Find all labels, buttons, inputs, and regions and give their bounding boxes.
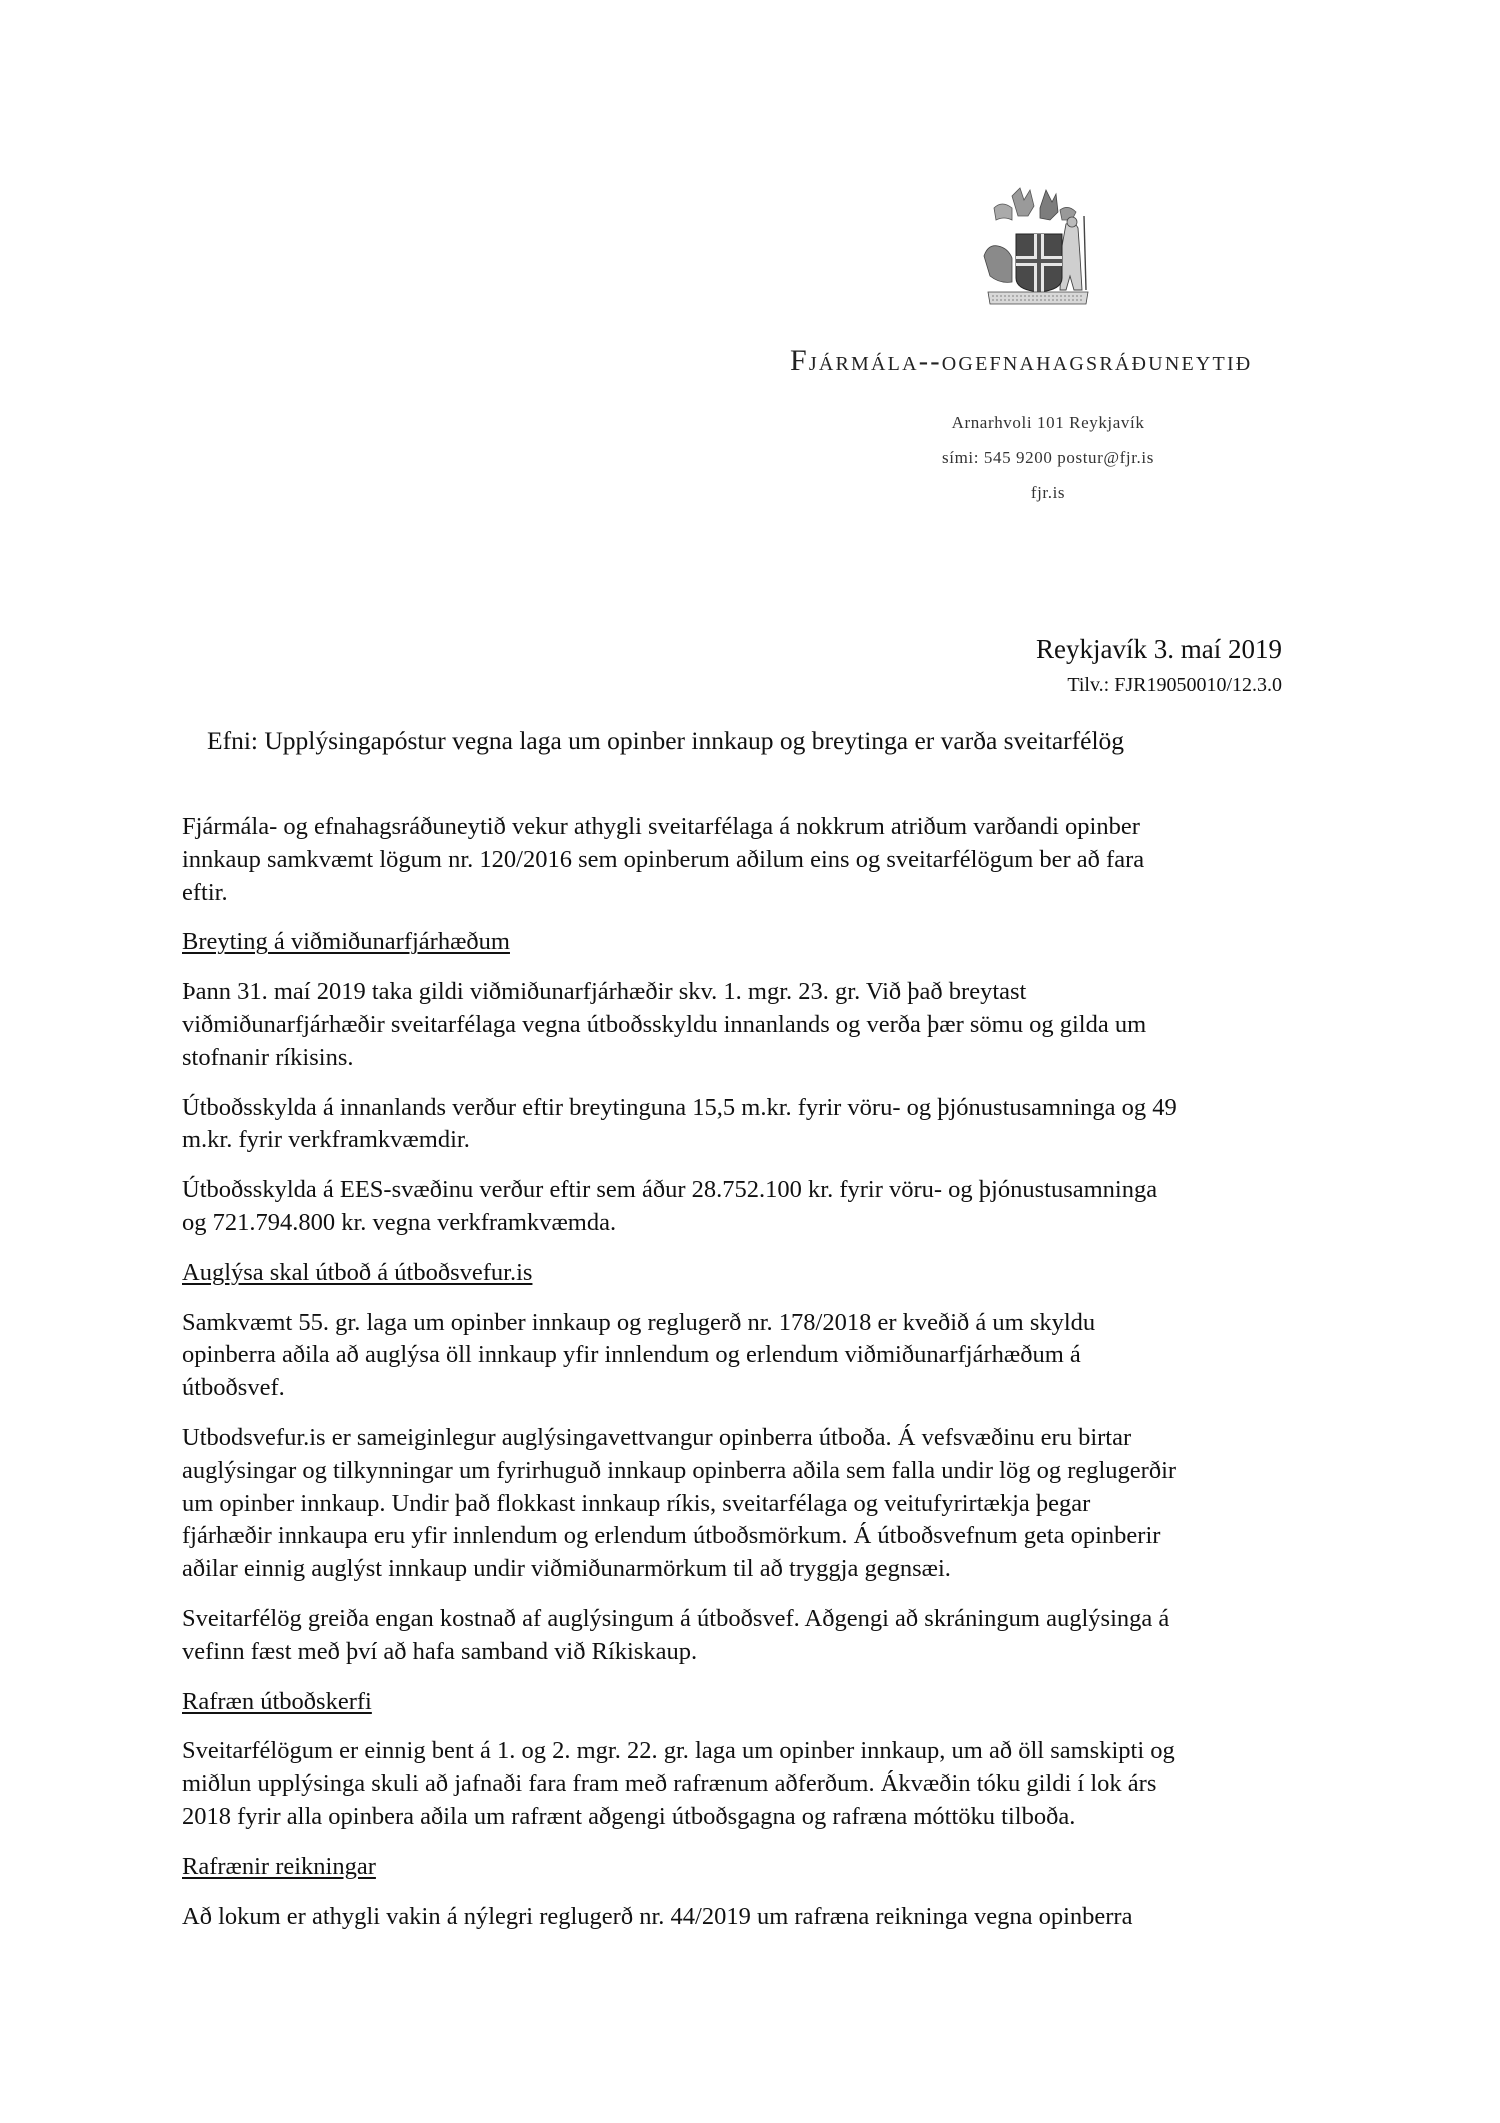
text-line: Breyting á viðmiðunarfjárhæðum [182,926,1322,959]
text-line: fjárhæðir innkaupa eru yfir innlendum og… [182,1520,1322,1553]
body-paragraph: Sveitarfélögum er einnig bent á 1. og 2.… [182,1735,1322,1833]
text-line: Auglýsa skal útboð á útboðsvefur.is [182,1257,1322,1290]
body-paragraph: Fjármála- og efnahagsráðuneytið vekur at… [182,811,1322,909]
body-paragraph: Að lokum er athygli vakin á nýlegri regl… [182,1901,1322,1934]
letter-page: Fjármála--ogefnahagsráðuneytið Arnarhvol… [0,0,1500,2123]
text-line: viðmiðunarfjárhæðir sveitarfélaga vegna … [182,1009,1322,1042]
text-line: opinberra aðila að auglýsa öll innkaup y… [182,1339,1322,1372]
letter-subject: Efni: Upplýsingapóstur vegna laga um opi… [207,726,1124,756]
text-line: Þann 31. maí 2019 taka gildi viðmiðunarf… [182,976,1322,1009]
ministry-address: Arnarhvoli 101 Reykjavík [920,413,1176,433]
body-paragraph: Útboðsskylda á EES-svæðinu verður eftir … [182,1174,1322,1240]
text-line: útboðsvef. [182,1372,1322,1405]
section-heading: Rafræn útboðskerfi [182,1686,1322,1719]
body-paragraph: Útboðsskylda á innanlands verður eftir b… [182,1092,1322,1158]
text-line: auglýsingar og tilkynningar um fyrirhugu… [182,1455,1322,1488]
ministry-website: fjr.is [920,483,1176,503]
text-line: Rafrænir reikningar [182,1851,1322,1884]
text-line: 2018 fyrir alla opinbera aðila um rafræn… [182,1801,1322,1834]
body-paragraph: Samkvæmt 55. gr. laga um opinber innkaup… [182,1307,1322,1405]
text-line: aðilar einnig auglýst innkaup undir viðm… [182,1553,1322,1586]
text-line: Að lokum er athygli vakin á nýlegri regl… [182,1901,1322,1934]
text-line: Utbodsvefur.is er sameiginlegur auglýsin… [182,1422,1322,1455]
text-line: og 721.794.800 kr. vegna verkframkvæmda. [182,1207,1322,1240]
ministry-name: Fjármála--ogefnahagsráðuneytið [790,344,1260,378]
body-paragraph: Sveitarfélög greiða engan kostnað af aug… [182,1603,1322,1669]
text-line: Sveitarfélög greiða engan kostnað af aug… [182,1603,1322,1636]
section-heading: Breyting á viðmiðunarfjárhæðum [182,926,1322,959]
text-line: Samkvæmt 55. gr. laga um opinber innkaup… [182,1307,1322,1340]
text-line: Rafræn útboðskerfi [182,1686,1322,1719]
body-paragraph: Utbodsvefur.is er sameiginlegur auglýsin… [182,1422,1322,1586]
letter-date: Reykjavík 3. maí 2019 [1036,634,1282,665]
text-line: um opinber innkaup. Undir það flokkast i… [182,1488,1322,1521]
text-line: Útboðsskylda á innanlands verður eftir b… [182,1092,1322,1125]
text-line: Fjármála- og efnahagsráðuneytið vekur at… [182,811,1322,844]
body-paragraph: Þann 31. maí 2019 taka gildi viðmiðunarf… [182,976,1322,1074]
text-line: Sveitarfélögum er einnig bent á 1. og 2.… [182,1735,1322,1768]
section-heading: Auglýsa skal útboð á útboðsvefur.is [182,1257,1322,1290]
ministry-contact: sími: 545 9200 postur@fjr.is [920,448,1176,468]
text-line: innkaup samkvæmt lögum nr. 120/2016 sem … [182,844,1322,877]
letter-body: Fjármála- og efnahagsráðuneytið vekur at… [182,811,1322,1950]
text-line: vefinn fæst með því að hafa samband við … [182,1636,1322,1669]
section-heading: Rafrænir reikningar [182,1851,1322,1884]
coat-of-arms-icon [982,186,1094,308]
text-line: miðlun upplýsinga skuli að jafnaði fara … [182,1768,1322,1801]
reference-number: Tilv.: FJR19050010/12.3.0 [1067,674,1282,697]
text-line: m.kr. fyrir verkframkvæmdir. [182,1124,1322,1157]
text-line: Útboðsskylda á EES-svæðinu verður eftir … [182,1174,1322,1207]
text-line: stofnanir ríkisins. [182,1042,1322,1075]
text-line: eftir. [182,877,1322,910]
